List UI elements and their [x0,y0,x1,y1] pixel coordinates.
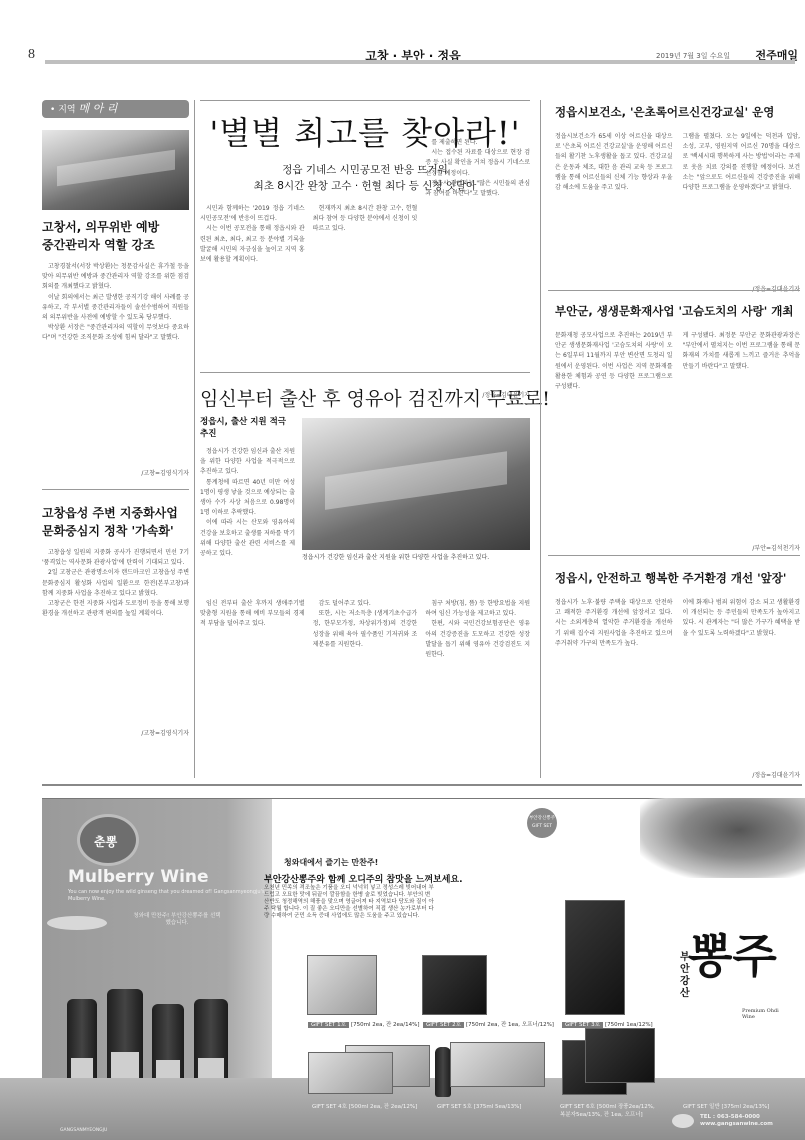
mulberry-image [640,798,805,878]
gift-set-4-image [308,1052,393,1094]
gift-set-5-image [450,1042,545,1087]
column-divider [540,100,541,778]
gift-set-1-image [307,955,377,1015]
gift-set-label: GIFT SET 1호[750ml 2ea, 잔 2ea/14%] [308,1020,420,1028]
gift-set-label: GIFT SET 3호[750ml 1ea/12%] [562,1020,653,1028]
article-headline[interactable]: 정읍시보건소, '은초록어르신건강교실' 운영 [555,104,800,120]
yoga-class-photo [302,418,530,550]
article-headline[interactable]: 부안군, 생생문화재사업 '고슴도치의 사랑' 개최 [555,303,800,319]
footer-logo: GANGSANMYEONGJU [60,1128,107,1133]
article-headline[interactable]: 고창읍성 주변 지중화사업 문화중심지 정착 '가속화' [42,504,189,540]
header-rule [45,60,795,64]
gift-set-3-image [565,900,625,1015]
gift-set-2-image [422,955,487,1015]
brand-mark: 뽕주 [688,920,777,986]
gift-set-general-image [585,1028,655,1083]
gift-set-stamp: 부안강산뽕주 GIFT SET [527,808,557,838]
brand-logo-icon: 춘뽕 [77,814,139,866]
byline: /정읍=김대윤기자 [555,770,800,779]
left-column: • 지역 메 아 리 고창서, 의무위반 예방 중간관리자 역할 강조 고창경찰… [42,100,189,737]
column-tag: • 지역 메 아 리 [42,100,189,118]
right-article-1: 정읍시보건소, '은초록어르신건강교실' 운영 정읍시보건소가 65세 이상 어… [555,104,800,293]
bottle-image [435,1047,451,1097]
byline: /정읍=김대윤기자 [555,284,800,293]
article-headline[interactable]: 고창서, 의무위반 예방 중간관리자 역할 강조 [42,218,189,254]
tag-small: 지역 [58,105,75,115]
gift-set-label: GIFT SET 6호 [500ml 장풍2ea/12%, 복분자5ea/13%… [560,1102,660,1118]
divider [548,290,800,291]
article-body: 고창읍성 일원의 지중화 공사가 진행되면서 민선 7기 '품격있는 역사문화 … [42,548,189,726]
gift-set-label: GIFT SET 4호 [500ml 2ea, 잔 2ea/12%] [312,1102,417,1110]
main-article: '별별 최고를 찾아라!' 정읍 기네스 시민공모전 반응 뜨거워 최초 8시간… [200,100,530,399]
ad-body: 오천년 민족의 격조높은 기품을 오디 넉넉히 넣고 정성스레 빚어내어 부드럽… [264,885,434,920]
divider [200,372,530,373]
byline: /고창=김영식기자 [42,728,189,737]
column-divider [194,100,195,778]
article-headline[interactable]: 정읍시, 안전하고 행복한 주거환경 개선 '앞장' [555,570,800,586]
blue-house-icon [47,916,107,930]
page-header: 8 고창 · 부안 · 정읍 2019년 7월 3일 수요일 전주매일 [28,0,798,60]
ad-title: Mulberry Wine [68,867,209,887]
ad-subtitle: You can now enjoy the wild ginseng that … [68,889,268,902]
byline: /부안=김석천기자 [555,543,800,552]
premium-label: Premium Ohdi Wine [742,1008,787,1020]
company-logo-icon [672,1114,694,1128]
website-link[interactable]: www.gangsanwine.com [700,1121,773,1128]
gift-set-label: GIFT SET 5호 [375ml 5ea/13%] [437,1102,521,1110]
photo-caption: 정읍시가 건강한 임신과 출산 지원을 위한 다양한 사업을 추진하고 있다. [302,552,530,561]
mid-headline[interactable]: 임신부터 출산 후 영유아 검진까지 무료로! [200,384,530,411]
right-article-3: 정읍시, 안전하고 행복한 주거환경 개선 '앞장' 정읍시가 노후·불량 주택… [555,570,800,779]
mid-subhead: 정읍시, 출산 지원 적극 추진 [200,415,295,439]
ad-headline-2: 부안강산뽕주와 함께 오디주의 참맛을 느껴보세요. [264,872,463,885]
gift-set-label: GIFT SET 일반 [375ml 2ea/13%] [683,1102,769,1110]
divider [42,489,189,490]
main-body-columns: 시민과 함께하는 '2019 정읍 기네스 시민공모전'에 반응이 뜨겁다. 시… [200,204,530,404]
right-article-2: 부안군, 생생문화재사업 '고슴도치의 사랑' 개최 문화재청 공모사업으로 추… [555,303,800,552]
ad-note: 청와대 만찬주! 부안강산뽕주를 선택했습니다. [132,913,222,927]
article-body: 고창경찰서(서장 박상환)는 청문감사실은 휴가철 등을 맞아 의무위반 예방과… [42,262,189,466]
ad-divider [42,784,802,786]
meeting-photo [42,130,189,210]
ad-headline-1: 청와대에서 즐기는 만찬주! [284,857,378,868]
tag-bullet-icon: • [50,105,55,115]
tag-big: 메 아 리 [78,102,117,115]
gift-set-label: GIFT SET 2호[750ml 2ea, 잔 1ea, 오프너/12%] [423,1020,554,1028]
divider [548,555,800,556]
byline: /고창=김영식기자 [42,468,189,477]
contact-info: TEL : 063-584-0000 www.gangsanwine.com [700,1114,773,1128]
